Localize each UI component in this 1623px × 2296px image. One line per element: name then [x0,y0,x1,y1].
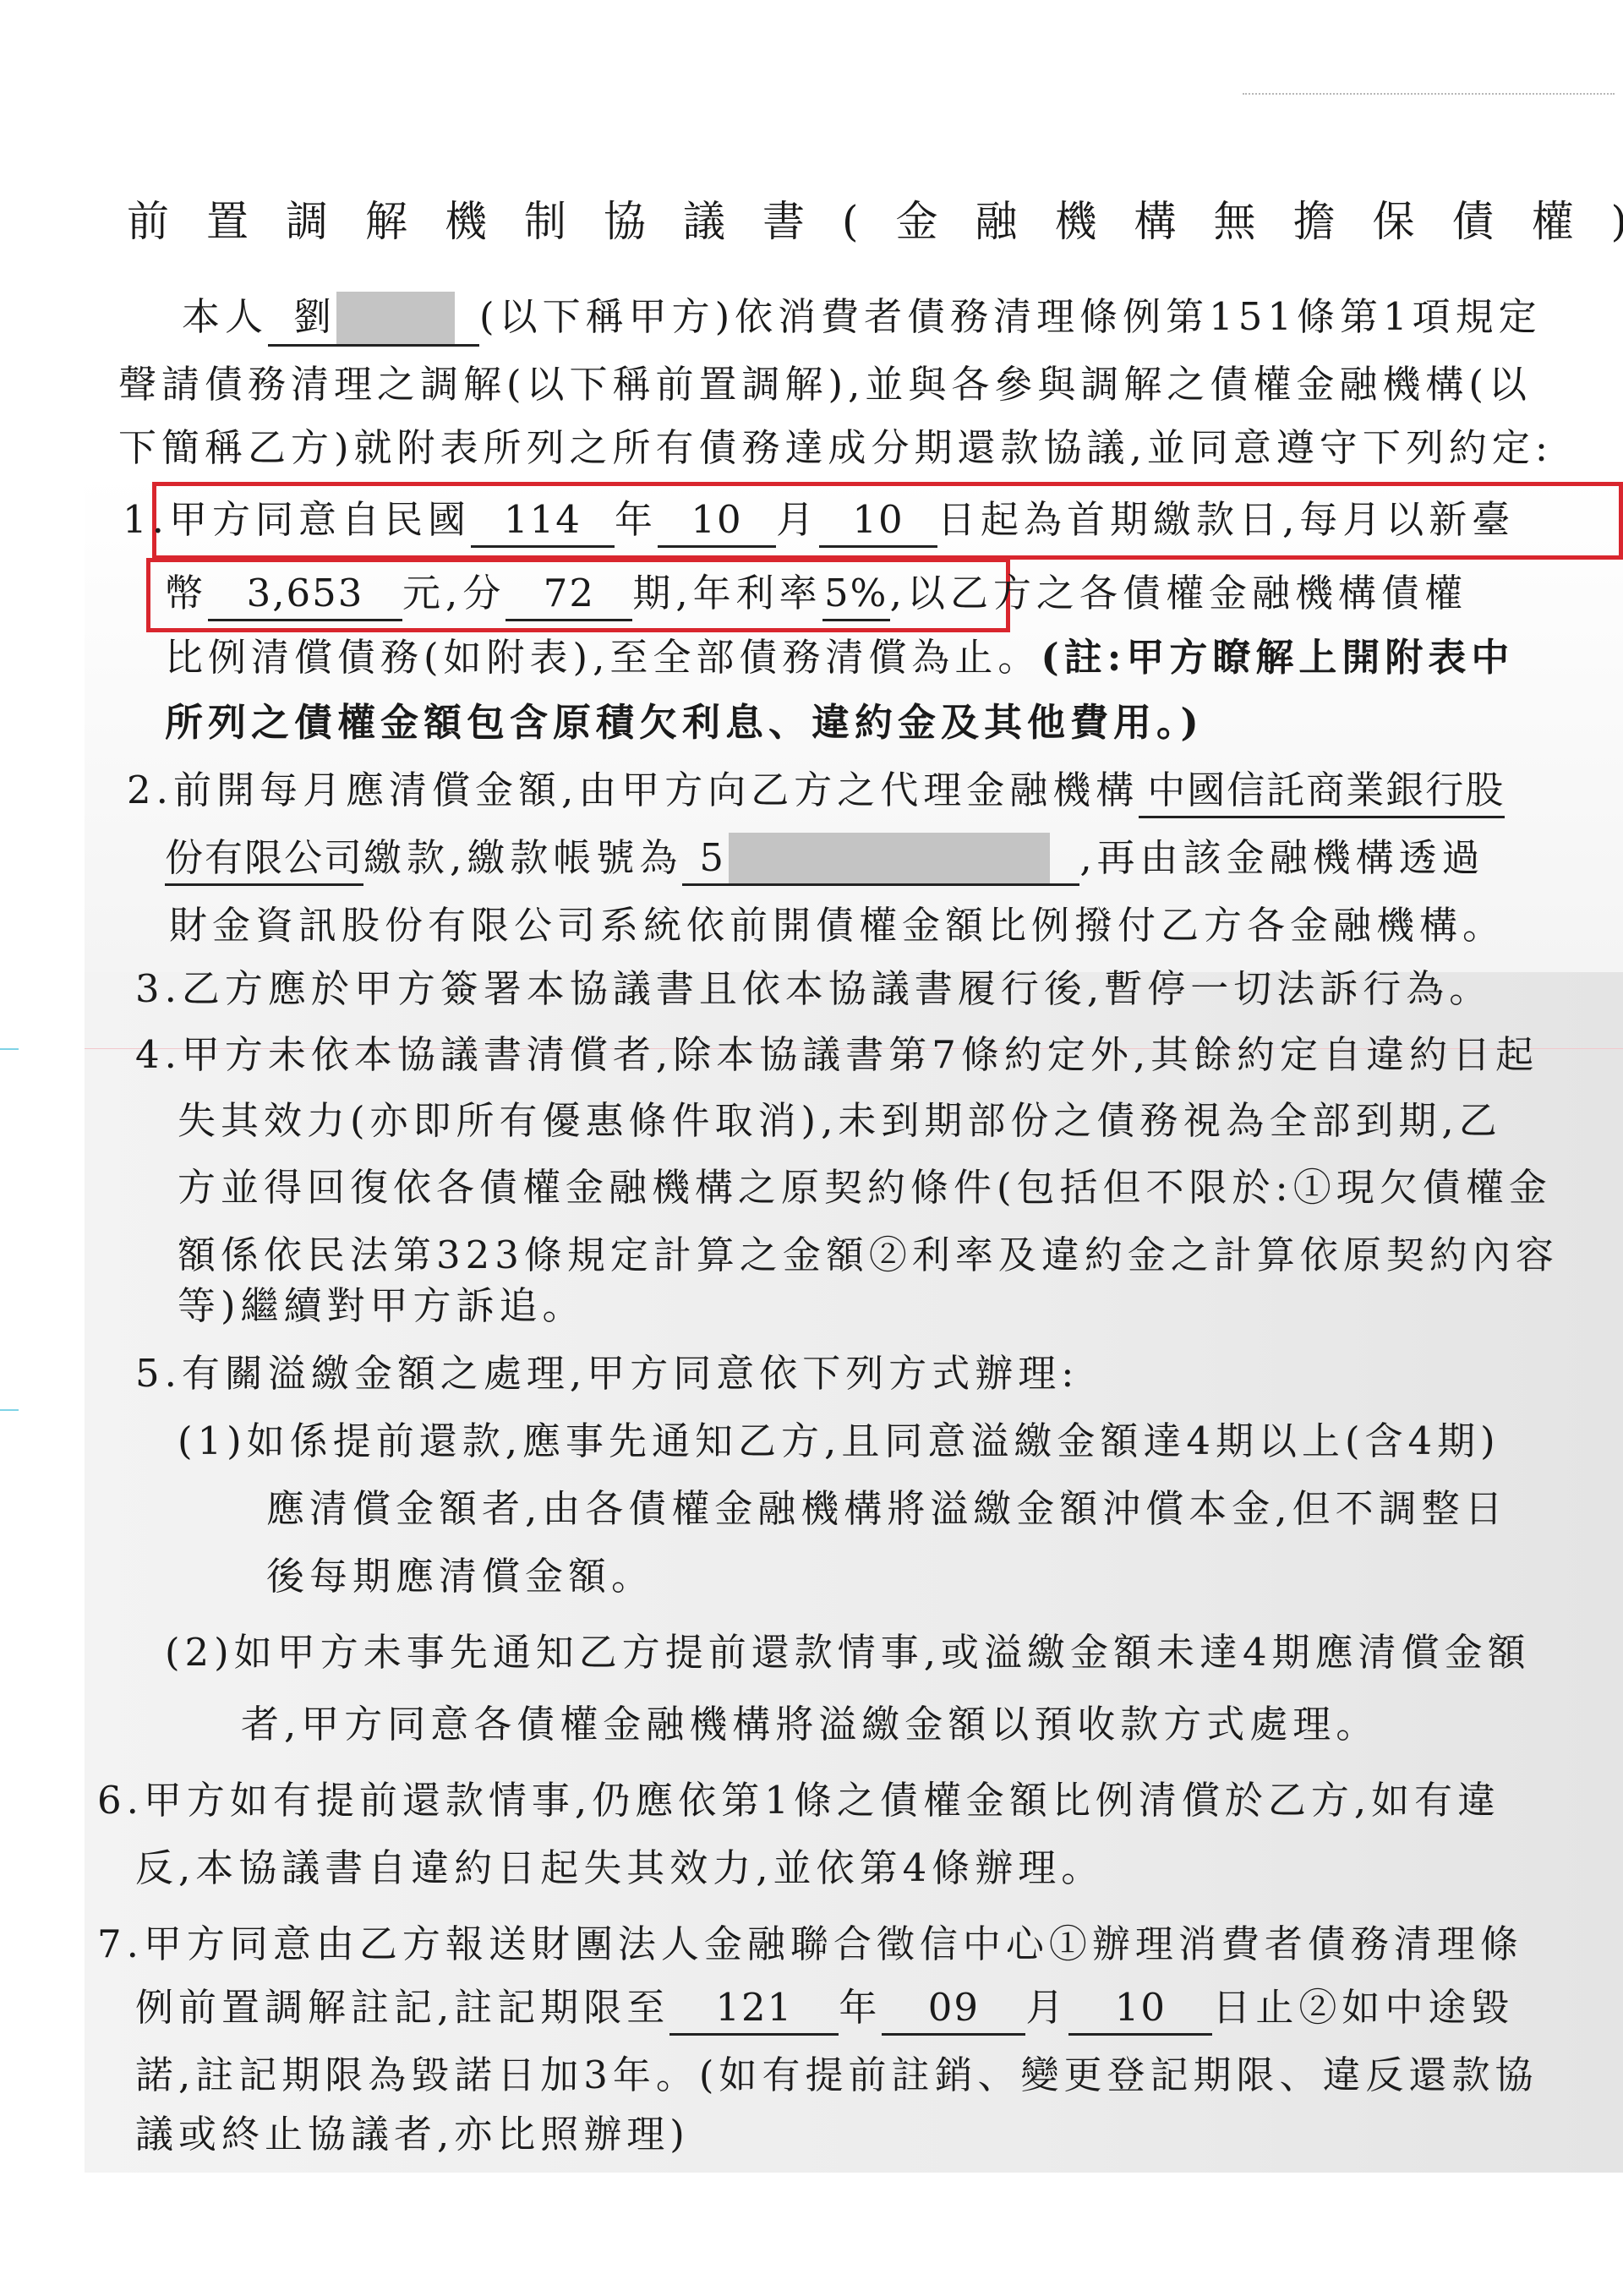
clause-1-note: (註:甲方瞭解上開附表中 [1041,635,1514,680]
clause-5-sub-2-line-2: 者,甲方同意各債權金融機構將溢繳金額以預收款方式處理。 [241,1699,1379,1750]
clause-1-note-line-2: 所列之債權金額包含原積欠利息、違約金及其他費用。) [165,697,1204,748]
start-day-field: 10 [819,495,937,548]
agent-bank-field-cont: 份有限公司 [165,833,363,886]
margin-mark [0,1409,19,1411]
interest-rate-field: 5% [822,568,890,621]
start-year-field: 114 [471,495,615,548]
clause-1-line-3: 比例清償債務(如附表),至全部債務清償為止。(註:甲方瞭解上開附表中 [165,632,1514,683]
account-number-field: 5 [682,833,1079,886]
clause-2-line-3: 財金資訊股份有限公司系統依前開債權金額比例撥付乙方各金融機構。 [169,900,1506,951]
clause-6-line-1: 6.甲方如有提前還款情事,仍應依第1條之債權金額比例清償於乙方,如有違 [97,1775,1500,1826]
clause-4-line-3: 方並得回復依各債權金融機構之原契約條件(包括但不限於:①現欠債權金 [178,1162,1552,1213]
scan-artifact-dots [1243,93,1615,96]
party-a-name-field: 劉 [268,292,479,347]
end-year-field: 121 [669,1982,839,2036]
end-day-field: 10 [1068,1982,1212,2036]
clause-4-line-4: 額係依民法第323條規定計算之金額②利率及違約金之計算依原契約內容 [178,1230,1559,1281]
intro-line-3: 下簡稱乙方)就附表所列之所有債務達成分期還款協議,並同意遵守下列約定: [118,423,1553,473]
clause-5-sub-1-line-2: 應清償金額者,由各債權金融機構將溢繳金額沖償本金,但不調整日 [266,1484,1508,1534]
clause-5-sub-1-line-3: 後每期應清償金額。 [266,1551,654,1602]
margin-mark [0,1048,19,1050]
redacted-name [336,292,455,344]
clause-1-line-1: 1.甲方同意自民國114年10月10日起為首期繳款日,每月以新臺 [123,495,1515,548]
end-month-field: 09 [882,1982,1025,2036]
redacted-account [729,833,1050,883]
clause-5-sub-1-line-1: (1)如係提前還款,應事先通知乙方,且同意溢繳金額達4期以上(含4期) [178,1416,1500,1467]
clause-3: 3.乙方應於甲方簽署本協議書且依本協議書履行後,暫停一切法訴行為。 [135,964,1492,1014]
start-month-field: 10 [658,495,776,548]
clause-4-line-2: 失其效力(亦即所有優惠條件取消),未到期部份之債務視為全部到期,乙 [178,1096,1502,1146]
intro-line-2: 聲請債務清理之調解(以下稱前置調解),並與各參與調解之債權金融機構(以 [118,359,1532,410]
clause-4-line-5: 等)繼續對甲方訴追。 [178,1281,586,1331]
clause-2-line-1: 2.前開每月應清償金額,由甲方向乙方之代理金融機構中國信託商業銀行股 [127,765,1505,818]
clause-2-line-2: 份有限公司繳款,繳款帳號為5,再由該金融機構透過 [165,833,1485,886]
clause-6-line-2: 反,本協議書自違約日起失其效力,並依第4條辦理。 [135,1843,1104,1894]
intro-line-1: 本人劉(以下稱甲方)依消費者債務清理條例第151條第1項規定 [182,292,1542,347]
clause-7-line-1: 7.甲方同意由乙方報送財團法人金融聯合徵信中心①辦理消費者債務清理條 [97,1919,1523,1970]
agent-bank-field: 中國信託商業銀行股 [1139,765,1505,818]
clause-4-line-1: 4.甲方未依本協議書清償者,除本協議書第7條約定外,其餘約定自違約日起 [135,1030,1538,1080]
installments-field: 72 [505,568,632,621]
document-title: 前置調解機制協議書(金融機構無擔保債權) [127,188,1623,249]
monthly-amount-field: 3,653 [208,568,402,621]
clause-7-line-2: 例前置調解註記,註記期限至121年09月10日止②如中途毀 [135,1982,1514,2036]
clause-1-line-2: 幣3,653元,分72期,年利率5%,以乙方之各債權金融機構債權 [165,568,1467,621]
clause-7-line-4: 議或終止協議者,亦比照辦理) [135,2109,690,2160]
clause-5-sub-2-line-1: (2)如甲方未事先通知乙方提前還款情事,或溢繳金額未達4期應清償金額 [165,1627,1531,1678]
clause-5-line-1: 5.有關溢繳金額之處理,甲方同意依下列方式辦理: [135,1348,1079,1399]
clause-7-line-3: 諾,註記期限為毀諾日加3年。(如有提前註銷、變更登記期限、違反還款協 [135,2050,1538,2101]
